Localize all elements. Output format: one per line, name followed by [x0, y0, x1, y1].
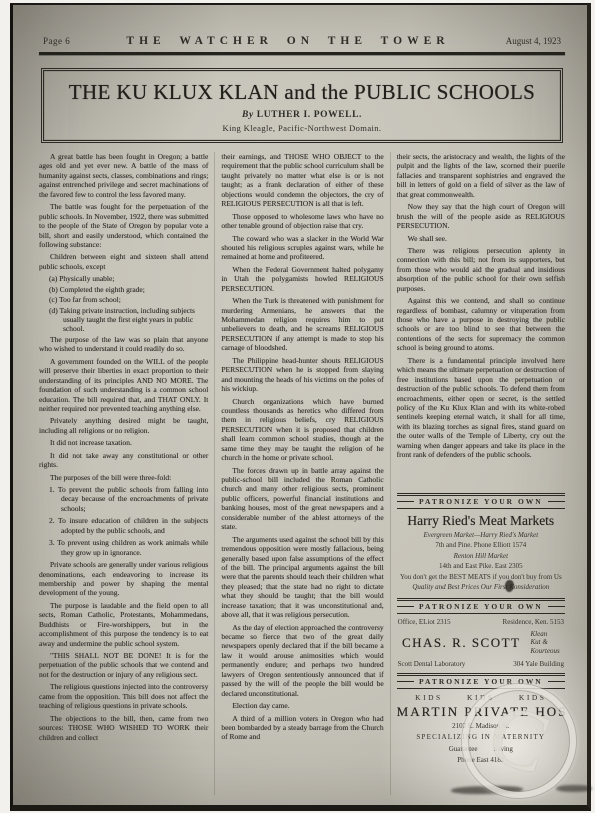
article-paragraph: The religious questions injected into th… [39, 682, 208, 710]
column-1-text: A great battle has been fought in Oregon… [39, 152, 208, 742]
column-3-text: their sects, the aristocracy and wealth,… [397, 152, 565, 488]
patronize-banner: PATRONIZE YOUR OWN [397, 493, 565, 509]
article-paragraph: The Philippine head-hunter shouts RELIGI… [221, 356, 383, 394]
hospital-guarantee-text: Guarantee [449, 745, 478, 754]
article-paragraph: The objections to the bill, then, came f… [39, 714, 208, 742]
hospital-specialty: SPECIALIZING IN MATERNITY [397, 733, 565, 742]
hospital-name: MARTIN PRIVATE HOSPITAL [397, 704, 565, 720]
dental-slogan-line: Kut & [531, 638, 548, 646]
article-column-3: their sects, the aristocracy and wealth,… [390, 152, 565, 795]
patronize-banner-label: PATRONIZE YOUR OWN [419, 677, 543, 686]
meat-market-line: Renton Hill Market [397, 552, 565, 561]
header-rule [39, 52, 565, 55]
page-header: Page 6 THE WATCHER ON THE TOWER August 4… [39, 35, 565, 47]
patronize-banner-label: PATRONIZE YOUR OWN [419, 602, 543, 611]
article-paragraph: 2. To insure education of children in th… [39, 516, 208, 535]
hospital-ad: KIDS KIDS KIDS MARTIN PRIVATE HOSPITAL 2… [397, 693, 565, 766]
article-paragraph: (c) Too far from school; [39, 295, 208, 304]
article-paragraph: It did not increase taxation. [39, 438, 208, 447]
article-column-2: their earnings, and THOSE WHO OBJECT to … [214, 152, 389, 795]
article-paragraph: We shall see. [397, 234, 565, 243]
article-byline: By LUTHER I. POWELL. [50, 110, 554, 120]
article-paragraph: (b) Completed the eighth grade; [39, 285, 208, 294]
article-paragraph: their sects, the aristocracy and wealth,… [397, 152, 565, 199]
article-title-box: THE KU KLUX KLAN and the PUBLIC SCHOOLS … [41, 68, 563, 143]
article-paragraph: It did not take away any constitutional … [39, 451, 208, 470]
article-paragraph: Election day came. [221, 701, 383, 710]
article-paragraph: The purpose of the law was so plain that… [39, 335, 208, 354]
article-paragraph: Privately anything desired might be taug… [39, 416, 208, 435]
article-paragraph: Now they say that the high court of Oreg… [397, 202, 565, 230]
page-number: Page 6 [43, 36, 70, 46]
article-paragraph: (a) Physically unable; [39, 274, 208, 283]
dental-ad: Office, ELiot 2315 Residence, Ken. 5153 … [397, 618, 565, 668]
hospital-guarantee: Guarantee Saving [397, 745, 565, 754]
article-paragraph: A great battle has been fought in Oregon… [39, 152, 208, 199]
article-paragraph: When the Federal Government halted polyg… [221, 265, 383, 293]
dental-slogan-line: Kourteous [531, 647, 560, 655]
dental-name: CHAS. R. SCOTT [402, 635, 521, 651]
dental-residence-phone: Residence, Ken. 5153 [503, 618, 564, 626]
article-paragraph: Children between eight and sixteen shall… [39, 252, 208, 271]
patronize-banner: PATRONIZE YOUR OWN [397, 598, 565, 614]
dental-building: 304 Yale Building [513, 660, 564, 668]
article-paragraph: The forces drawn up in battle array agai… [221, 466, 383, 532]
article-paragraph: "THIS SHALL NOT BE DONE! It is for the p… [39, 651, 208, 679]
byline-name: LUTHER I. POWELL. [257, 110, 362, 120]
article-title: THE KU KLUX KLAN and the PUBLIC SCHOOLS [50, 80, 554, 105]
article-paragraph: Church organizations which have burned c… [221, 397, 383, 463]
article-paragraph: their earnings, and THOSE WHO OBJECT to … [221, 152, 383, 209]
article-paragraph: The battle was fought for the perpetuati… [39, 202, 208, 249]
masthead-title: THE WATCHER ON THE TOWER [126, 35, 449, 47]
dental-slogan-line: Klean [531, 630, 548, 638]
kids-label: KIDS [415, 693, 443, 702]
article-paragraph: 1. To prevent the public schools from fa… [39, 485, 208, 513]
article-paragraph: Private schools are generally under vari… [39, 560, 208, 598]
article-paragraph: Against this we contend, and shall so co… [397, 296, 565, 353]
patronize-banner-label: PATRONIZE YOUR OWN [419, 497, 543, 506]
meat-market-subtitle: Evergreen Market—Harry Ried's Market [397, 531, 565, 540]
meat-market-slogan: Quality and Best Prices Our First Konsid… [397, 583, 565, 592]
article-column-1: A great battle has been fought in Oregon… [39, 152, 214, 795]
hospital-phone: Phone East 4185 [397, 756, 565, 765]
dental-slogan: Klean Kut & Kourteous [531, 630, 560, 656]
issue-date: August 4, 1923 [506, 36, 561, 46]
newspaper-page: Page 6 THE WATCHER ON THE TOWER August 4… [10, 3, 591, 811]
kids-label: KIDS [519, 693, 547, 702]
dental-office-phone: Office, ELiot 2315 [398, 618, 451, 626]
dental-lab: Scott Dental Laboratory [398, 660, 466, 668]
article-paragraph: 3. To prevent using children as work ani… [39, 538, 208, 557]
byline-role: King Kleagle, Pacific-Northwest Domain. [50, 123, 554, 133]
article-paragraph: A government founded on the WILL of the … [39, 357, 208, 414]
meat-market-line: 7th and Pine. Phone Elliott 1574 [397, 541, 565, 550]
byline-prefix: By [242, 110, 254, 120]
article-body: A great battle has been fought in Oregon… [39, 152, 565, 795]
article-paragraph: The purpose is laudable and the field op… [39, 601, 208, 648]
hospital-address: 2102 E. Madison St. [397, 722, 565, 731]
patronize-banner: PATRONIZE YOUR OWN [397, 673, 565, 689]
article-paragraph: Those opposed to wholesome laws who have… [221, 212, 383, 231]
meat-market-ad: Harry Ried's Meat Markets Evergreen Mark… [397, 513, 565, 593]
article-paragraph: The coward who was a slacker in the Worl… [221, 234, 383, 262]
article-paragraph: There was religious persecution aplenty … [397, 246, 565, 293]
article-paragraph: (d) Taking private instruction, includin… [39, 306, 208, 334]
hospital-guarantee-text: Saving [493, 745, 512, 754]
meat-market-line: 14th and East Pike. East 2305 [397, 562, 565, 571]
kids-label: KIDS [467, 693, 495, 702]
article-paragraph: As the day of election approached the co… [221, 623, 383, 699]
article-paragraph: The purposes of the bill were three-fold… [39, 473, 208, 482]
article-paragraph: The arguments used against the school bi… [221, 535, 383, 620]
column-2-text: their earnings, and THOSE WHO OBJECT to … [221, 152, 383, 742]
article-paragraph: There is a fundamental principle involve… [397, 356, 565, 460]
newspaper-scan: Page 6 THE WATCHER ON THE TOWER August 4… [0, 0, 595, 813]
hospital-kids-row: KIDS KIDS KIDS [415, 693, 546, 702]
article-paragraph: When the Turk is threatened with punishm… [221, 296, 383, 353]
article-paragraph: A third of a million voters in Oregon wh… [221, 714, 383, 742]
advertisement-section: PATRONIZE YOUR OWN Harry Ried's Meat Mar… [397, 493, 565, 766]
meat-market-line: You don't get the BEST MEATS if you don'… [397, 573, 565, 582]
ink-smudge [556, 785, 592, 792]
meat-market-name: Harry Ried's Meat Markets [397, 513, 565, 529]
